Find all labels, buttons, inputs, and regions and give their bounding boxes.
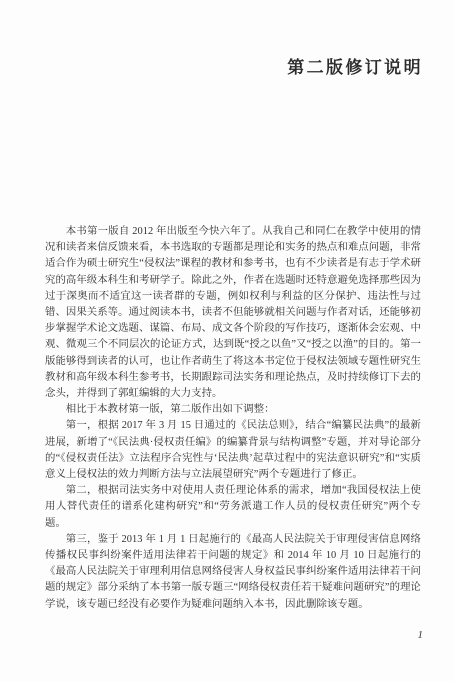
paragraph: 第二，根据司法实务中对使用人责任理论体系的需求，增加“我国侵权法上使用人替代责任… — [45, 483, 421, 532]
paragraph: 本书第一版自 2012 年出版至今快六年了。从我自己和同仁在教学中使用的情况和读… — [45, 224, 421, 402]
page-number: 1 — [418, 629, 424, 641]
page-title: 第二版修订说明 — [287, 53, 423, 78]
paragraph: 第一，根据 2017 年 3 月 15 日通过的《民法总则》，结合“编纂民法典”… — [45, 418, 421, 483]
paragraph: 相比于本教材第一版，第二版作出如下调整： — [45, 402, 421, 418]
body-text: 本书第一版自 2012 年出版至今快六年了。从我自己和同仁在教学中使用的情况和读… — [45, 224, 421, 613]
book-page: 第二版修订说明 本书第一版自 2012 年出版至今快六年了。从我自己和同仁在教学… — [0, 0, 454, 681]
paragraph: 第三，鉴于 2013 年 1 月 1 日起施行的《最高人民法院关于审理侵害信息网… — [45, 532, 421, 613]
